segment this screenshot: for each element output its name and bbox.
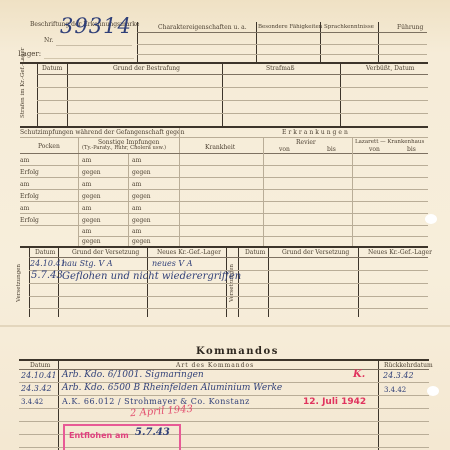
- red-date-stamp: 12. Juli 1942: [303, 397, 366, 407]
- cell: am: [82, 181, 91, 188]
- cell: gegen: [82, 169, 101, 176]
- cell: am: [132, 228, 141, 235]
- pow-number: 39314: [60, 14, 132, 38]
- kommando-1-mark: K.: [353, 369, 365, 380]
- impfungen-title: Schutzimpfungen während der Gefangenscha…: [20, 129, 184, 136]
- punch-hole: [427, 386, 439, 396]
- col-neues-lager: Neues Kr.-Gef.-Lager: [157, 249, 221, 256]
- rule: [179, 137, 428, 138]
- col-rueckkehr: Rückkehrdatum: [384, 362, 433, 369]
- cell: gegen: [132, 193, 151, 200]
- col-grund: Grund der Bestrafung: [113, 65, 180, 72]
- section-rule: [19, 359, 429, 361]
- divider: [263, 137, 264, 246]
- divider: [256, 22, 257, 62]
- lazarett-bis: bis: [407, 146, 416, 153]
- versetzung-1-datum: 24.10.41: [30, 259, 66, 268]
- rule: [37, 87, 428, 88]
- col-fuehrung: Führung: [397, 24, 423, 31]
- rule: [137, 44, 427, 45]
- rule: [20, 177, 428, 178]
- divider: [352, 137, 353, 246]
- rule: [20, 189, 428, 190]
- rule: [78, 236, 428, 237]
- kommando-3-art: A.K. 66.012 / Strohmayer & Co. Konstanz: [62, 397, 250, 406]
- record-card: Beschriftung der Erkennungsmarke Nr. 393…: [0, 0, 450, 450]
- col-neues-lager-2: Neues Kr.-Gef.-Lager: [368, 249, 432, 256]
- col-datum: Datum: [30, 362, 50, 369]
- divider: [137, 22, 138, 62]
- fold-line: [0, 325, 450, 327]
- lager-dotted-line: [44, 58, 134, 59]
- divider: [37, 63, 38, 127]
- col-revier: Revier: [296, 139, 316, 146]
- strafen-side-label: Strafen im Kr.-Gef.-Lager: [20, 68, 26, 118]
- punch-hole: [425, 214, 437, 224]
- kommando-2-datum: 24.3.42: [21, 384, 52, 393]
- cell: am: [20, 157, 29, 164]
- rule: [19, 421, 429, 422]
- rule: [19, 395, 429, 396]
- kommando-2-rueckkehr: 3.4.42: [384, 386, 406, 394]
- rule: [37, 100, 428, 101]
- cell: Erfolg: [20, 217, 39, 224]
- cell: am: [82, 157, 91, 164]
- col-datum: Datum: [42, 65, 62, 72]
- divider: [58, 360, 59, 450]
- revier-von: von: [279, 146, 290, 153]
- rule: [20, 225, 428, 226]
- divider: [378, 360, 379, 450]
- cell: Erfolg: [20, 193, 39, 200]
- section-rule: [20, 246, 428, 248]
- red-handwriting: 2 April 1943: [130, 404, 194, 419]
- col-verbuesst: Verbüßt, Datum: [366, 65, 415, 72]
- cell: gegen: [82, 238, 101, 245]
- rule: [137, 32, 427, 33]
- col-grund-2: Grund der Versetzung: [282, 249, 349, 256]
- cell: am: [132, 181, 141, 188]
- col-charakter: Charaktereigenschaften u. a.: [158, 24, 247, 31]
- rule: [20, 137, 179, 138]
- section-rule: [20, 62, 428, 64]
- rule: [20, 201, 428, 202]
- cell: gegen: [132, 238, 151, 245]
- cell: am: [132, 157, 141, 164]
- col-faehigkeiten: Besondere Fähigkeiten: [258, 24, 322, 30]
- col-sprachen: Sprachkenntnisse: [324, 24, 374, 30]
- rule: [20, 213, 428, 214]
- nr-dotted-line: [56, 45, 132, 46]
- col-art: Art des Kommandos: [176, 362, 254, 369]
- col-datum-2: Datum: [245, 249, 265, 256]
- col-grund: Grund der Versetzung: [72, 249, 139, 256]
- lazarett-von: von: [369, 146, 380, 153]
- col-sonstige-sub: (Ty.-Paraty., Ruhr, Cholera usw.): [82, 145, 166, 151]
- kommando-3-datum: 3.4.42: [21, 398, 43, 406]
- divider: [179, 128, 180, 246]
- revier-bis: bis: [327, 146, 336, 153]
- rule: [20, 165, 428, 166]
- nr-label: Nr.: [44, 37, 53, 44]
- entflohen-stamp: Entflohen am 5.7.43: [63, 424, 181, 450]
- divider: [378, 22, 379, 62]
- col-datum: Datum: [35, 249, 55, 256]
- divider: [222, 63, 223, 127]
- cell: am: [82, 205, 91, 212]
- cell: am: [20, 205, 29, 212]
- rule: [29, 283, 428, 284]
- cell: gegen: [132, 169, 151, 176]
- rule: [19, 408, 429, 409]
- cell: am: [82, 228, 91, 235]
- cell: Erfolg: [20, 169, 39, 176]
- kommandos-title: Kommandos: [196, 346, 279, 357]
- section-rule: [20, 126, 428, 128]
- rule: [29, 296, 428, 297]
- rule: [37, 74, 428, 75]
- kommando-2-art: Arb. Kdo. 6500 B Rheinfelden Aluminium W…: [62, 383, 282, 393]
- rule: [137, 54, 427, 55]
- divider: [128, 153, 129, 246]
- divider: [340, 63, 341, 127]
- rule: [20, 153, 428, 154]
- versetzung-2-datum: 5.7.43: [31, 270, 63, 281]
- versetzung-1-grund: nau Stg. V A: [62, 259, 113, 268]
- cell: am: [132, 205, 141, 212]
- cell: am: [20, 181, 29, 188]
- col-pocken: Pocken: [38, 143, 60, 150]
- col-strafmass: Strafmaß: [266, 65, 294, 72]
- erkrankungen-title: Erkrankungen: [282, 129, 350, 136]
- stamp-date: 5.7.43: [135, 427, 170, 438]
- cell: gegen: [82, 193, 101, 200]
- cell: gegen: [82, 217, 101, 224]
- rule: [29, 308, 428, 309]
- kommando-1-rueckkehr: 24.3.42: [383, 371, 414, 380]
- col-krankheit: Krankheit: [205, 144, 235, 151]
- divider: [67, 63, 68, 127]
- versetzung-2-grund: Geflohen und nicht wiederergriffen: [62, 271, 241, 282]
- stamp-label: Entflohen am: [69, 431, 129, 440]
- kommando-1-datum: 24.10.41: [21, 371, 57, 380]
- kommando-1-art: Arb. Kdo. 6/1001. Sigmaringen: [62, 370, 204, 380]
- rule: [29, 257, 428, 258]
- col-lazarett: Lazarett — Krankenhaus: [355, 139, 424, 145]
- rule: [37, 113, 428, 114]
- versetzungen-side-label: Versetzungen: [16, 258, 22, 308]
- versetzung-1-lager: neues V A: [152, 259, 193, 268]
- cell: gegen: [132, 217, 151, 224]
